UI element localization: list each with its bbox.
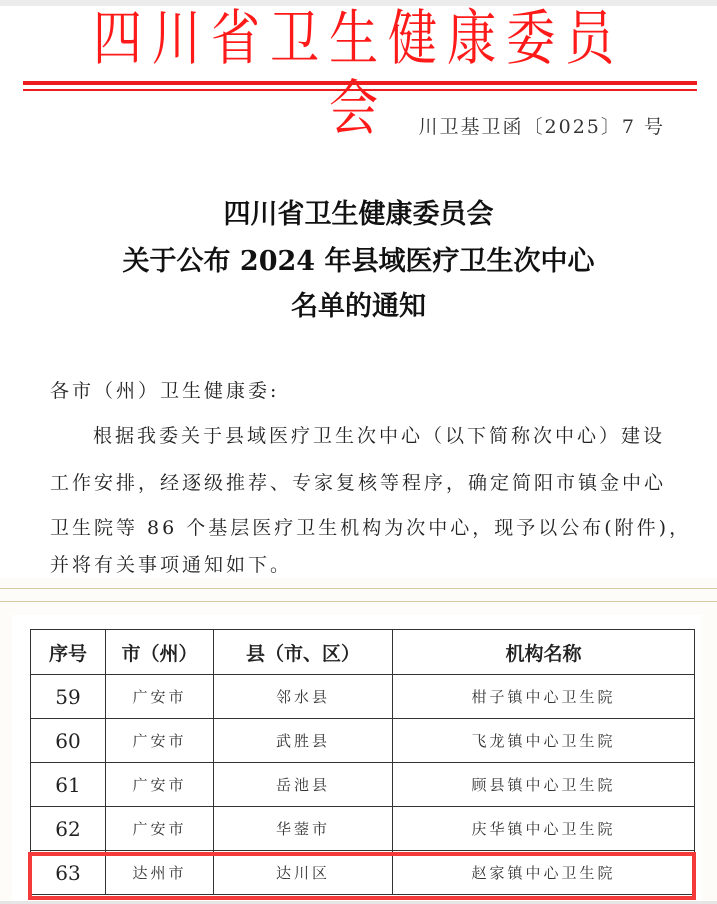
header-no: 序号 (31, 630, 106, 675)
cell-institution: 柑子镇中心卫生院 (393, 675, 695, 719)
header-county: 县（市、区） (214, 630, 393, 675)
cell-city: 广安市 (106, 675, 214, 719)
cell-county: 达川区 (214, 851, 393, 895)
cell-city: 达州市 (106, 851, 214, 895)
separator-line (0, 601, 717, 602)
cell-no: 63 (31, 851, 106, 895)
institution-table: 序号 市（州） 县（市、区） 机构名称 59 广安市 邻水县 柑子镇中心卫生院 … (30, 629, 695, 895)
body-line-3: 卫生院等 86 个基层医疗卫生机构为次中心，现予以公布(附件)， (50, 513, 670, 540)
cell-institution: 飞龙镇中心卫生院 (393, 719, 695, 763)
document-title-line-1: 四川省卫生健康委员会 (0, 192, 717, 231)
letterhead-rule-thick (23, 81, 697, 85)
letterhead-rule-thin (23, 89, 697, 91)
cell-city: 广安市 (106, 719, 214, 763)
table-row: 59 广安市 邻水县 柑子镇中心卫生院 (31, 675, 695, 719)
body-line-4: 并将有关事项通知如下。 (50, 550, 670, 577)
cell-county: 岳池县 (214, 763, 393, 807)
body-line-2: 工作安排，经逐级推荐、专家复核等程序，确定简阳市镇金中心 (50, 468, 670, 495)
cell-county: 邻水县 (214, 675, 393, 719)
table-header-row: 序号 市（州） 县（市、区） 机构名称 (31, 630, 695, 675)
salutation: 各市（州）卫生健康委: (50, 376, 670, 403)
cell-no: 60 (31, 719, 106, 763)
cell-institution: 庆华镇中心卫生院 (393, 807, 695, 851)
cell-no: 61 (31, 763, 106, 807)
document-number: 川卫基卫函〔2025〕7 号 (419, 112, 665, 139)
table-row-highlighted: 63 达州市 达川区 赵家镇中心卫生院 (31, 851, 695, 895)
cell-city: 广安市 (106, 807, 214, 851)
cell-city: 广安市 (106, 763, 214, 807)
letterhead-org-name: 四川省卫生健康委员会 (65, 4, 653, 74)
document-title-line-3: 名单的通知 (0, 284, 717, 323)
cell-no: 62 (31, 807, 106, 851)
cell-no: 59 (31, 675, 106, 719)
separator-line (0, 588, 717, 589)
cell-institution: 赵家镇中心卫生院 (393, 851, 695, 895)
cell-county: 华蓥市 (214, 807, 393, 851)
body-line-1: 根据我委关于县域医疗卫生次中心（以下简称次中心）建设 (93, 421, 713, 448)
cell-county: 武胜县 (214, 719, 393, 763)
table-row: 62 广安市 华蓥市 庆华镇中心卫生院 (31, 807, 695, 851)
table-row: 60 广安市 武胜县 飞龙镇中心卫生院 (31, 719, 695, 763)
header-city: 市（州） (106, 630, 214, 675)
cell-institution: 顾县镇中心卫生院 (393, 763, 695, 807)
header-institution: 机构名称 (393, 630, 695, 675)
document-title-line-2: 关于公布 2024 年县域医疗卫生次中心 (0, 239, 717, 278)
table-row: 61 广安市 岳池县 顾县镇中心卫生院 (31, 763, 695, 807)
